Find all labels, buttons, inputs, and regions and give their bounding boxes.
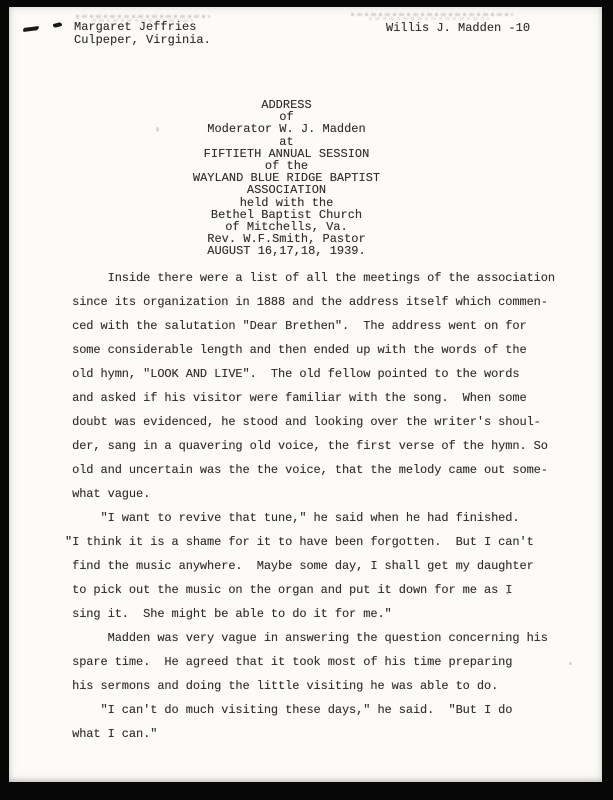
erased-typing-artifact-left (76, 15, 210, 18)
title-line: held with the (9, 197, 564, 209)
body-line: "I think it is a shame for it to have be… (65, 530, 602, 554)
body-line: Inside there were a list of all the meet… (65, 266, 602, 290)
body-line: what vague. (65, 482, 602, 506)
body-line: since its organization in 1888 and the a… (65, 290, 602, 314)
title-block: ADDRESS of Moderator W. J. Madden at FIF… (9, 99, 564, 258)
title-line: at (9, 136, 564, 148)
body-text: Inside there were a list of all the meet… (65, 266, 602, 746)
body-line: der, sang in a quavering old voice, the … (65, 434, 602, 458)
scan-speck (156, 127, 159, 132)
body-line: to pick out the music on the organ and p… (65, 578, 602, 602)
body-line: old and uncertain was the the voice, tha… (65, 458, 602, 482)
title-line: ASSOCIATION (9, 184, 564, 196)
body-line: "I can't do much visiting these days," h… (65, 698, 602, 722)
body-line: old hymn, "LOOK AND LIVE". The old fello… (65, 362, 602, 386)
subject-page-label: Willis J. Madden -10 (386, 22, 530, 35)
body-line: find the music anywhere. Maybe some day,… (65, 554, 602, 578)
body-line: sing it. She might be able to do it for … (65, 602, 602, 626)
subject-page-block: Willis J. Madden -10 (386, 22, 530, 35)
body-line: what I can." (65, 722, 602, 746)
body-line: Madden was very vague in answering the q… (65, 626, 602, 650)
document-page: Margaret Jeffries Culpeper, Virginia. Wi… (9, 7, 602, 782)
scan-speck (506, 592, 509, 595)
body-line: his sermons and doing the little visitin… (65, 674, 602, 698)
erased-typing-artifact-right (351, 13, 513, 16)
interviewer-block: Margaret Jeffries Culpeper, Virginia. (74, 21, 211, 47)
body-line: ced with the salutation "Dear Brethen". … (65, 314, 602, 338)
pen-checkmark-icon (23, 26, 39, 32)
body-line: some considerable length and then ended … (65, 338, 602, 362)
body-line: doubt was evidenced, he stood and lookin… (65, 410, 602, 434)
scan-speck (569, 662, 572, 665)
body-line: "I want to revive that tune," he said wh… (65, 506, 602, 530)
body-line: spare time. He agreed that it took most … (65, 650, 602, 674)
body-line: and asked if his visitor were familiar w… (65, 386, 602, 410)
erased-typing-artifact-right-2 (369, 17, 489, 20)
title-line: AUGUST 16,17,18, 1939. (9, 245, 564, 257)
title-line: Moderator W. J. Madden (9, 123, 564, 135)
interviewer-location: Culpeper, Virginia. (74, 34, 211, 47)
pen-dash-icon (53, 22, 63, 28)
scan-background: { "colors": { "paper": "#fcfbf8", "ink":… (0, 0, 613, 800)
